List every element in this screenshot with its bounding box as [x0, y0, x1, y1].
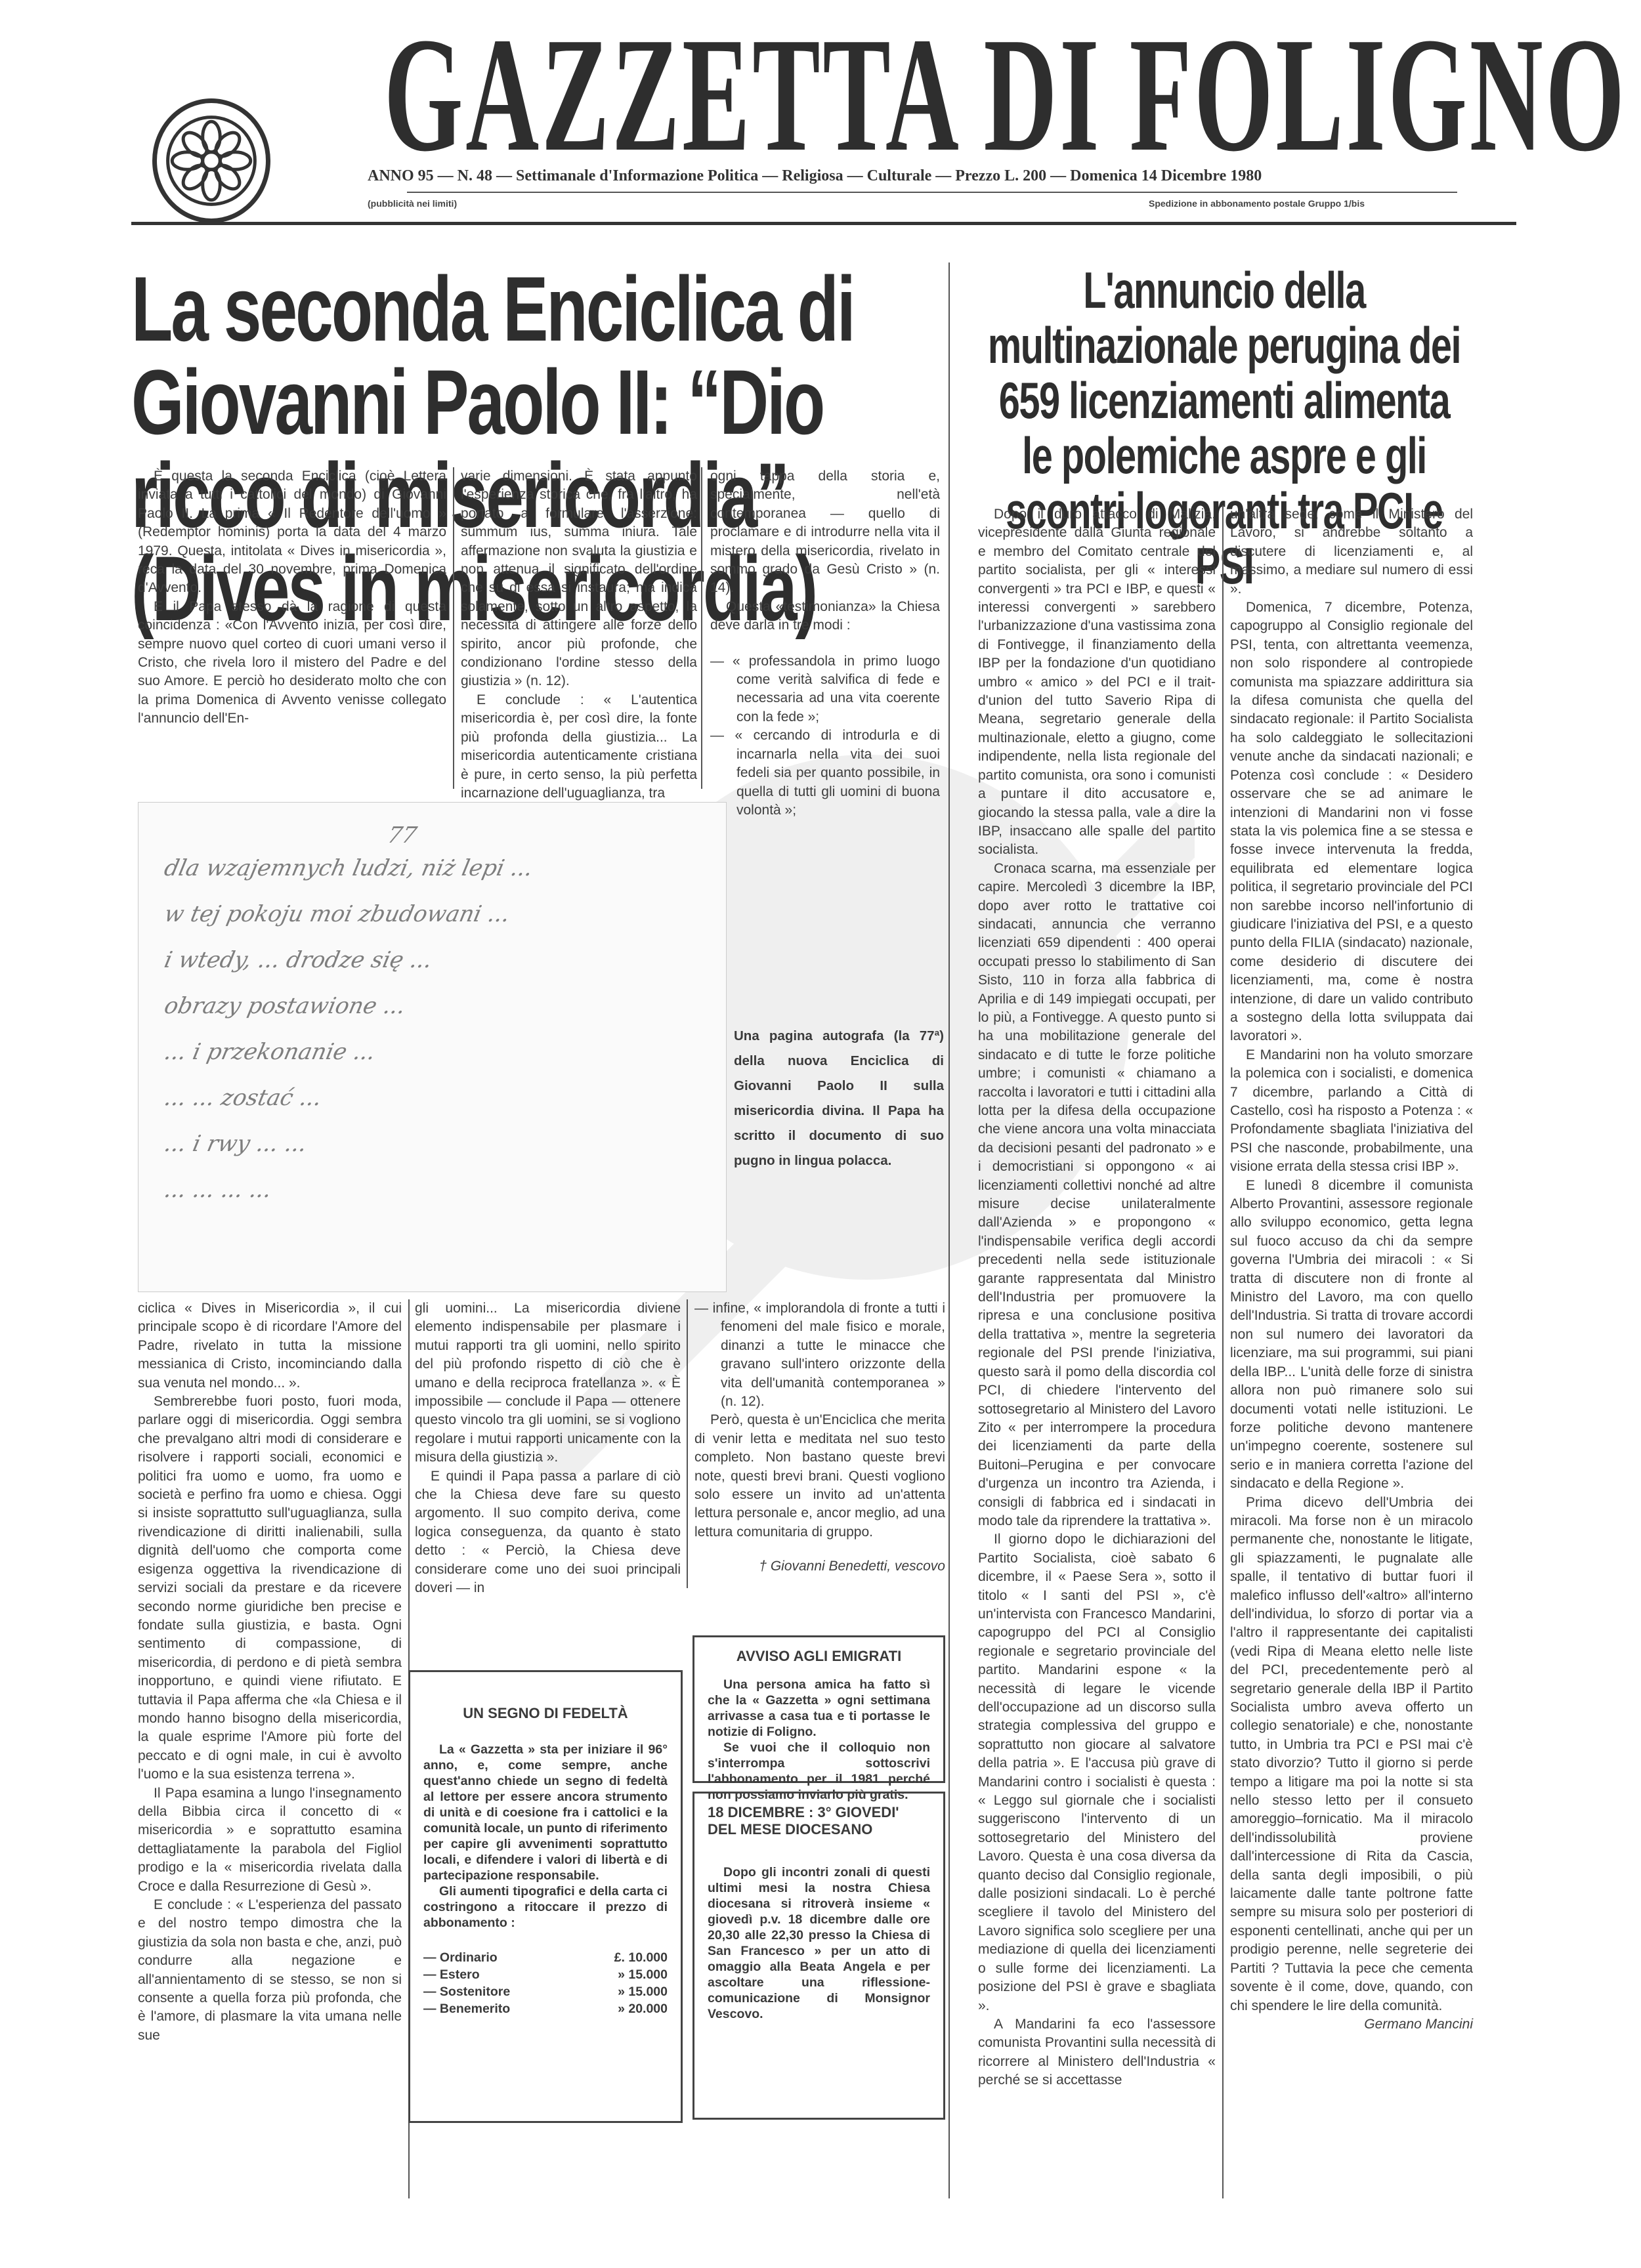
paragraph: E conclude : « L'autentica misericordia … [461, 691, 697, 803]
paragraph: Il giorno dopo le dichiarazioni del Part… [978, 1530, 1216, 2015]
lead-column-1: È questa la seconda Enciclica (cioè Lett… [138, 467, 446, 728]
paragraph: Dopo gli incontri zonali di questi ultim… [708, 1864, 930, 2022]
newspaper-title: GAZZETTA DI FOLIGNO [384, 20, 1039, 171]
lead-lower-column-1: ciclica « Dives in Misericordia », il cu… [138, 1299, 402, 2045]
paragraph: ogni tappa della storia e, specialmente,… [710, 467, 940, 598]
handwriting-line: ... i rwy ... ... [162, 1131, 710, 1157]
paragraph: A Mandarini fa eco l'assessore comunista… [978, 2015, 1216, 2090]
box-title: 18 DICEMBRE : 3° GIOVEDI' DEL MESE DIOCE… [708, 1804, 930, 1838]
paragraph: Domenica, 7 dicembre, Potenza, capogrupp… [1230, 598, 1473, 1046]
lead-column-3: ogni tappa della storia e, specialmente,… [710, 467, 940, 820]
paragraph: E conclude : « L'esperienza del passato … [138, 1896, 402, 2045]
paragraph: È questa la seconda Enciclica (cioè Lett… [138, 467, 446, 598]
column-rule [1222, 505, 1224, 2198]
price-row: — Sostenitore» 15.000 [423, 1983, 668, 2000]
paragraph: Una persona amica ha fatto sì che la « G… [708, 1677, 930, 1740]
paragraph: Dopo il duro attacco di Malizia, vicepre… [978, 505, 1216, 860]
advertising-note: (pubblicità nei limiti) [368, 198, 457, 209]
paragraph: Cronaca scarna, ma essenziale per capire… [978, 860, 1216, 1531]
paragraph: Sembrerebbe fuori posto, fuori moda, par… [138, 1393, 402, 1784]
list-item: — infine, « implorandola di fronte a tut… [694, 1299, 945, 1411]
paragraph: Questa «testimonianza» la Chiesa deve da… [710, 598, 940, 635]
paragraph: E lunedì 8 dicembre il comunista Alberto… [1230, 1177, 1473, 1494]
issue-info-line: ANNO 95 — N. 48 — Settimanale d'Informaz… [368, 167, 1464, 185]
column-rule [453, 467, 454, 789]
box-title: UN SEGNO DI FEDELTÀ [423, 1705, 668, 1722]
diocesan-event-box: 18 DICEMBRE : 3° GIOVEDI' DEL MESE DIOCE… [693, 1792, 945, 2120]
price-value: » 15.000 [618, 1983, 668, 2000]
price-value: » 15.000 [618, 1966, 668, 1983]
list-item: — « professandola in primo luogo come ve… [710, 652, 940, 727]
paragraph: E quindi il Papa passa a parlare di ciò … [415, 1467, 681, 1598]
autograph-manuscript-photo: 77 dla wzajemnych ludzi, niż lepi ... w … [138, 802, 727, 1292]
handwriting-line: w tej pokoju moi zbudowani ... [162, 901, 710, 927]
paragraph: La « Gazzetta » sta per iniziare il 96° … [423, 1742, 668, 1883]
column-rule [701, 467, 702, 789]
paragraph: Gli aumenti tipografici e della carta ci… [423, 1883, 668, 1931]
photo-caption: Una pagina autografa (la 77ª) della nuov… [734, 1024, 944, 1173]
subscription-box: UN SEGNO DI FEDELTÀ La « Gazzetta » sta … [408, 1670, 683, 2123]
lead-lower-column-3: — infine, « implorandola di fronte a tut… [694, 1299, 945, 1576]
rose-window-icon [152, 98, 270, 223]
paragraph: un'altra sede, come il Ministero del Lav… [1230, 505, 1473, 598]
side-column-a: Dopo il duro attacco di Malizia, vicepre… [978, 505, 1216, 2090]
handwriting-line: ... ... ... ... [162, 1177, 710, 1203]
price-row: — Benemerito» 20.000 [423, 2000, 668, 2017]
byline: Germano Mancini [1230, 2015, 1473, 2034]
box-title: AVVISO AGLI EMIGRATI [708, 1648, 930, 1665]
lead-column-2: varie dimensioni. È stata appunto l'espe… [461, 467, 697, 803]
price-row: — Ordinario£. 10.000 [423, 1949, 668, 1966]
handwriting-line: ... i przekonanie ... [162, 1039, 710, 1065]
price-value: £. 10.000 [614, 1949, 668, 1966]
paragraph: gli uomini... La misericordia diviene el… [415, 1299, 681, 1467]
paragraph: varie dimensioni. È stata appunto l'espe… [461, 467, 697, 691]
handwriting-line: i wtedy, ... drodze się ... [162, 947, 710, 973]
handwriting-line: obrazy postawione ... [162, 993, 710, 1019]
price-label: — Sostenitore [423, 1983, 618, 2000]
paragraph: E il Papa stesso dà la ragione di questa… [138, 598, 446, 728]
emigrants-notice-box: AVVISO AGLI EMIGRATI Una persona amica h… [693, 1635, 945, 1783]
paragraph: E Mandarini non ha voluto smorzare la po… [1230, 1046, 1473, 1177]
paragraph: ciclica « Dives in Misericordia », il cu… [138, 1299, 402, 1393]
handwriting-line: ... ... zostać ... [162, 1085, 710, 1111]
list-item: — « cercando di introdurla e di incarnar… [710, 726, 940, 820]
column-rule [687, 1299, 688, 1588]
price-label: — Benemerito [423, 2000, 618, 2017]
lead-lower-column-2: gli uomini... La misericordia diviene el… [415, 1299, 681, 1598]
section-rule [948, 262, 950, 2198]
handwriting-line: dla wzajemnych ludzi, niż lepi ... [162, 855, 710, 881]
price-value: » 20.000 [618, 2000, 668, 2017]
side-column-b: un'altra sede, come il Ministero del Lav… [1230, 505, 1473, 2034]
handwriting-line: 77 [385, 822, 710, 849]
price-label: — Ordinario [423, 1949, 614, 1966]
byline: † Giovanni Benedetti, vescovo [694, 1557, 945, 1576]
paragraph: Prima dicevo dell'Umbria dei miracoli. M… [1230, 1494, 1473, 2015]
postal-note: Spedizione in abbonamento postale Gruppo… [1149, 198, 1365, 209]
paragraph: Il Papa esamina a lungo l'insegnamento d… [138, 1784, 402, 1896]
divider [407, 192, 1457, 193]
price-list: — Ordinario£. 10.000 — Estero» 15.000 — … [423, 1949, 668, 2017]
price-row: — Estero» 15.000 [423, 1966, 668, 1983]
paragraph: Però, questa è un'Enciclica che merita d… [694, 1411, 945, 1542]
price-label: — Estero [423, 1966, 618, 1983]
masthead-rule [131, 222, 1516, 225]
